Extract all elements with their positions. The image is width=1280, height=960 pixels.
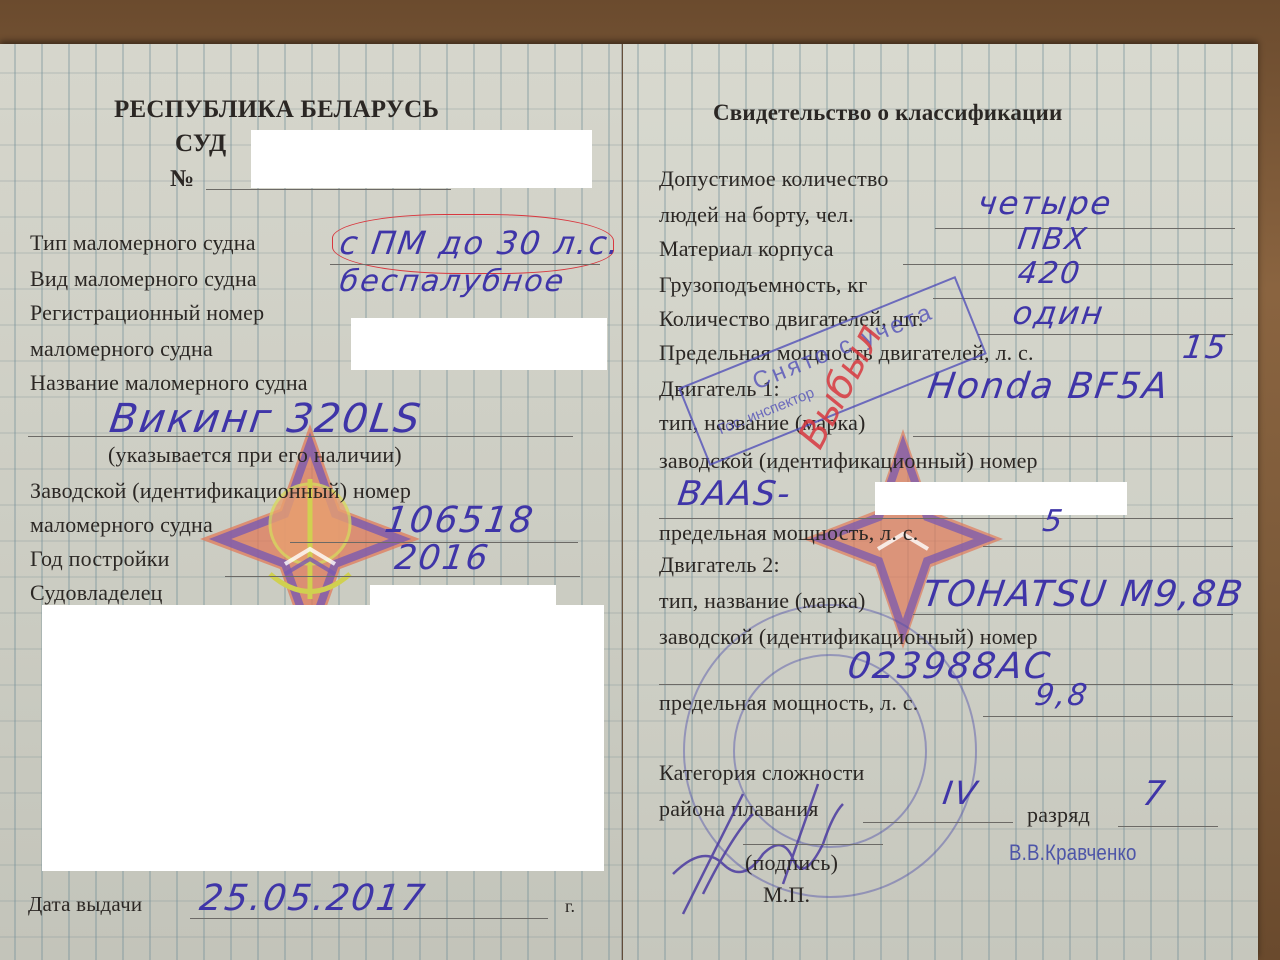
capacity-label: Грузоподъемность, кг bbox=[659, 272, 867, 298]
signature-hint: (подпись) bbox=[745, 850, 838, 876]
grade-value: 7 bbox=[1140, 774, 1169, 814]
engine1-power-value: 5 bbox=[1041, 504, 1067, 539]
grade-label: разряд bbox=[1027, 802, 1090, 828]
engine1-serial-value: BAAS- bbox=[675, 474, 794, 514]
build-year-label: Год постройки bbox=[30, 546, 170, 572]
hull-material-label: Материал корпуса bbox=[659, 236, 834, 262]
signature-underline bbox=[743, 844, 883, 845]
number-label: № bbox=[170, 166, 194, 193]
engine1-type-underline bbox=[913, 436, 1233, 437]
engine2-type-underline bbox=[913, 614, 1233, 615]
engine1-type-value: Honda BF5A bbox=[925, 366, 1172, 407]
engine2-type-label: тип, название (марка) bbox=[659, 588, 866, 614]
engine2-serial-value: 023988AC bbox=[845, 646, 1054, 687]
redacted-owner-details bbox=[42, 605, 604, 871]
kind-value: беспалубное bbox=[338, 264, 568, 299]
redacted-reg-number bbox=[351, 318, 607, 370]
engines-count-value: один bbox=[1010, 294, 1107, 332]
vessel-name-label: Название маломерного судна bbox=[30, 370, 308, 396]
capacity-value: 420 bbox=[1016, 256, 1084, 291]
right-page: Свидетельство о классификации Допустимое… bbox=[623, 44, 1258, 960]
issue-date-suffix: г. bbox=[565, 896, 575, 917]
hull-material-value: ПВХ bbox=[1016, 222, 1091, 257]
issue-date-underline bbox=[190, 918, 548, 919]
grade-underline bbox=[1118, 826, 1218, 827]
serial-value: 106518 bbox=[382, 500, 537, 541]
max-power-value: 15 bbox=[1180, 328, 1230, 366]
category-value: IV bbox=[940, 774, 981, 812]
serial-label-2: маломерного судна bbox=[30, 512, 213, 538]
engine2-power-label: предельная мощность, л. с. bbox=[659, 690, 918, 716]
build-year-value: 2016 bbox=[392, 538, 492, 578]
owner-label: Судовладелец bbox=[30, 580, 163, 606]
issue-date-value: 25.05.2017 bbox=[197, 878, 429, 919]
engine2-serial-underline bbox=[659, 684, 1233, 685]
reg-number-label-2: маломерного судна bbox=[30, 336, 213, 362]
header-republic: РЕСПУБЛИКА БЕЛАРУСЬ bbox=[114, 96, 439, 124]
engine1-serial-underline bbox=[659, 518, 1233, 519]
left-page: РЕСПУБЛИКА БЕЛАРУСЬ СУД № Тип маломерног… bbox=[0, 44, 622, 960]
people-value: четыре bbox=[975, 184, 1115, 222]
engine1-power-underline bbox=[983, 546, 1233, 547]
header-document-type: СУД bbox=[175, 130, 226, 158]
type-value: с ПМ до 30 л.с. bbox=[337, 224, 623, 262]
signer-name-stamp: В.В.Кравченко bbox=[1009, 840, 1137, 866]
kind-label: Вид маломерного судна bbox=[30, 266, 257, 292]
number-underline bbox=[206, 189, 451, 190]
type-label: Тип маломерного судна bbox=[30, 230, 256, 256]
redacted-number bbox=[251, 130, 592, 188]
engine1-power-label: предельная мощность, л. с. bbox=[659, 520, 918, 546]
reg-number-label-1: Регистрационный номер bbox=[30, 300, 264, 326]
engine2-power-underline bbox=[983, 716, 1233, 717]
certificate-title: Свидетельство о классификации bbox=[713, 100, 1062, 126]
engine2-label: Двигатель 2: bbox=[659, 552, 780, 578]
redacted-engine1-serial bbox=[875, 482, 1127, 515]
engine2-type-value: TOHATSU M9,8B bbox=[920, 574, 1247, 615]
vessel-name-underline bbox=[28, 436, 573, 437]
build-year-underline bbox=[225, 576, 580, 577]
engine2-power-value: 9,8 bbox=[1033, 678, 1092, 713]
serial-label-1: Заводской (идентификационный) номер bbox=[30, 478, 411, 504]
people-label-2: людей на борту, чел. bbox=[659, 202, 854, 228]
certificate-booklet: РЕСПУБЛИКА БЕЛАРУСЬ СУД № Тип маломерног… bbox=[0, 44, 1258, 960]
vessel-name-hint: (указывается при его наличии) bbox=[108, 442, 402, 468]
issue-date-label: Дата выдачи bbox=[28, 892, 142, 917]
people-label-1: Допустимое количество bbox=[659, 166, 889, 192]
seal-hint: М.П. bbox=[763, 882, 810, 908]
